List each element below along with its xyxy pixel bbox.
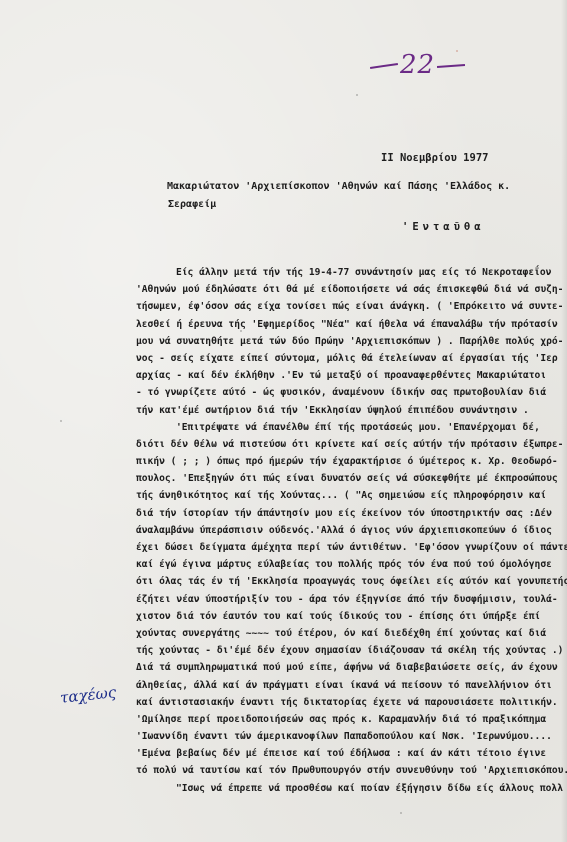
text-line: λεσθεί ή έρευνα τής 'Εφημερίδος "Νέα" κα… <box>136 316 556 333</box>
text-line: έζήτει νέαν ύποστήριξίν του - άρα τόν έξ… <box>136 591 556 608</box>
text-line: νος - σείς είχατε είπεί σύντομα, μόλις θ… <box>136 350 556 367</box>
text-line: άληθείας, άλλά καί άν πράγματι είναι ίκα… <box>136 677 556 694</box>
text-line: διότι δέν θέλω νά πιστεύσω ότι κρίνετε κ… <box>136 436 556 453</box>
text-line: καί άντιστασιακήν έναντι τής δικτατορίας… <box>136 694 556 711</box>
addressee-line-1: Μακαριώτατον 'Αρχιεπίσκοπον 'Αθηνών καί … <box>167 181 510 192</box>
text-line: χούντας συνεργάτης ~~~~ τού έτέρου, όν κ… <box>136 625 556 642</box>
letter-body: Είς άλλην μετά τήν τής 19-4-77 συνάντησί… <box>136 264 556 797</box>
text-line: - τό γνωρίζετε αύτό - ώς φυσικόν, άναμέν… <box>136 384 556 401</box>
handwritten-margin-note: ταχέως <box>59 683 117 707</box>
handwritten-page-number: 22 <box>370 50 465 80</box>
text-line: Διά τά συμπληρωματικά πού μού είπε, άφήν… <box>136 659 556 676</box>
paper-speck <box>400 812 402 814</box>
text-line: τής χούντας - δι'έμέ δέν έχουν σημασίαν … <box>136 642 556 659</box>
paper-speck <box>60 420 62 422</box>
text-line: αρχίας - καί δέν έκλήθην .'Εν τώ μεταξύ … <box>136 367 556 384</box>
text-line: Είς άλλην μετά τήν τής 19-4-77 συνάντησί… <box>136 264 556 281</box>
paper-speck <box>356 94 358 96</box>
text-line: τήσωμεν, έφ'όσον σάς είχα τονίσει πώς εί… <box>136 298 556 315</box>
paper-speck <box>240 330 242 332</box>
text-line: καί έγώ έγινα μάρτυς εύλαβείας του πολλή… <box>136 556 556 573</box>
text-line: έχει δώσει δείγματα άμέχητα περί τών άντ… <box>136 539 556 556</box>
text-line: μου νά συνατηθήτε μετά τών δύο Πρώην 'Αρ… <box>136 333 556 350</box>
text-line: πικήν ( ; ; ) όπως πρό ήμερών τήν έχαρακ… <box>136 453 556 470</box>
text-line: τό πολύ νά ταυτίσω καί τόν Πρωθυπουργόν … <box>136 762 556 779</box>
text-line: 'Ωμίλησε περί προειδοποιήσεών σας πρός κ… <box>136 711 556 728</box>
text-line: ότι όλας τάς έν τή 'Εκκλησία προαγωγάς τ… <box>136 573 556 590</box>
text-line: τής άνηθικότητος καί τής Χούντας... ( "Α… <box>136 487 556 504</box>
page-edge-shadow <box>561 0 567 842</box>
addressee-line-2: Σεραφείμ <box>168 199 216 210</box>
paper-speck <box>456 50 458 52</box>
letter-location: 'Ενταῦθα <box>402 221 485 233</box>
text-line: 'Ιωαννίδη έναντι τών άμερικανοφίλων Παπα… <box>136 728 556 745</box>
text-line: 'Επιτρέψατε νά έπανέλθω έπί τής προτάσεώ… <box>136 419 556 436</box>
letter-date: II Νοεμβρίου 1977 <box>381 152 488 164</box>
text-line: τήν κατ'έμέ σωτήριον διά τήν 'Εκκλησίαν … <box>136 402 556 419</box>
document-page: 22 II Νοεμβρίου 1977 Μακαριώτατον 'Αρχιε… <box>0 0 567 842</box>
text-line: "Ισως νά έπρεπε νά προσθέσω καί ποίαν έξ… <box>136 780 556 797</box>
text-line: 'Αθηνών μού έδηλώσατε ότι θά μέ είδοποιή… <box>136 281 556 298</box>
text-line: διά τήν ίστορίαν τήν άπάντησίν μου είς έ… <box>136 505 556 522</box>
text-line: άναλαμβάνω ύπεράσπισιν ούδενός.'Αλλά ό ά… <box>136 522 556 539</box>
text-line: χιστον διά τόν έαυτόν του καί τούς ίδικο… <box>136 608 556 625</box>
text-line: πουλος. 'Επεξηγών ότι πώς είναι δυνατόν … <box>136 470 556 487</box>
text-line: 'Εμένα βεβαίως δέν μέ έπεισε καί τού έδή… <box>136 745 556 762</box>
